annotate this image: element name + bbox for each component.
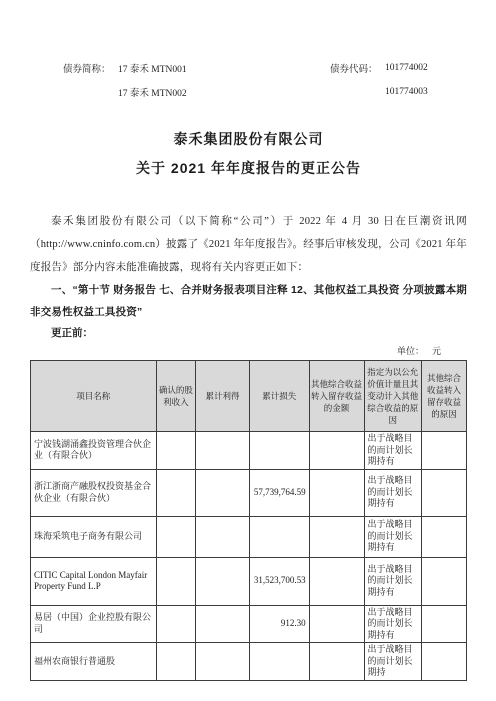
bond-code-1: 101774002: [385, 63, 467, 73]
designation-reason-cell: 出于战略目的而计划长期持有: [364, 605, 422, 643]
gain-cell: [196, 557, 250, 605]
document-page: 债券简称： 17 泰禾 MTN001 债券代码： 101774002 17 泰禾…: [0, 0, 496, 701]
loss-cell: [249, 643, 309, 681]
dividend-cell: [156, 469, 196, 516]
bond-abbr-1: 17 泰禾 MTN001: [118, 61, 330, 75]
table-row: CITIC Capital London Mayfair Property Fu…: [31, 557, 467, 605]
investments-table: 项目名称 确认的股利收入 累计利得 累计损失 其他综合收益转入留存收益的金额 指…: [30, 360, 467, 681]
transfer-amount-cell: [309, 516, 364, 557]
transfer-reason-cell: [422, 432, 467, 470]
header-designation-reason: 指定为以公允价值计量且其变动计入其他综合收益的原因: [364, 361, 422, 432]
unit-line: 单位：元: [30, 345, 467, 357]
dividend-cell: [156, 432, 196, 470]
table-row: 福州农商银行普通股 出于战略目的而计划长期持: [31, 643, 467, 681]
transfer-amount-cell: [309, 432, 364, 470]
dividend-cell: [156, 557, 196, 605]
loss-cell: [249, 432, 309, 470]
bond-header: 债券简称： 17 泰禾 MTN001 债券代码： 101774002 17 泰禾…: [30, 0, 467, 104]
item-name-cell: 易居（中国）企业控股有限公司: [31, 605, 157, 643]
table-row: 浙江浙商产融股权投资基金合伙企业（有限合伙） 57,739,764.59 出于战…: [31, 469, 467, 516]
table-header-row: 项目名称 确认的股利收入 累计利得 累计损失 其他综合收益转入留存收益的金额 指…: [31, 361, 467, 432]
item-name-cell: 浙江浙商产融股权投资基金合伙企业（有限合伙）: [31, 469, 157, 516]
header-dividend-income: 确认的股利收入: [156, 361, 196, 432]
item-name-cell: 珠海采筑电子商务有限公司: [31, 516, 157, 557]
designation-reason-cell: 出于战略目的而计划长期持有: [364, 516, 422, 557]
dividend-cell: [156, 605, 196, 643]
loss-cell: [249, 516, 309, 557]
designation-reason-cell: 出于战略目的而计划长期持有: [364, 432, 422, 470]
item-name-cell: 福州农商银行普通股: [31, 643, 157, 681]
company-title: 泰禾集团股份有限公司: [30, 130, 467, 148]
transfer-amount-cell: [309, 605, 364, 643]
header-cumulative-loss: 累计损失: [249, 361, 309, 432]
transfer-reason-cell: [422, 516, 467, 557]
gain-cell: [196, 516, 250, 557]
transfer-reason-cell: [422, 557, 467, 605]
table-row: 宁波钱湖涌鑫投资管理合伙企业（有限合伙） 出于战略目的而计划长期持有: [31, 432, 467, 470]
dividend-cell: [156, 643, 196, 681]
bond-abbr-2: 17 泰禾 MTN002: [118, 85, 330, 99]
loss-cell: 57,739,764.59: [249, 469, 309, 516]
dividend-cell: [156, 516, 196, 557]
transfer-reason-cell: [422, 643, 467, 681]
loss-cell: 912.30: [249, 605, 309, 643]
bond-row-1: 债券简称： 17 泰禾 MTN001 债券代码： 101774002: [30, 56, 467, 80]
transfer-amount-cell: [309, 643, 364, 681]
unit-value: 元: [432, 346, 441, 356]
designation-reason-cell: 出于战略目的而计划长期持有: [364, 469, 422, 516]
bond-abbr-label: 债券简称：: [63, 61, 118, 75]
gain-cell: [196, 605, 250, 643]
loss-cell: 31,523,700.53: [249, 557, 309, 605]
header-oci-transfer-amount: 其他综合收益转入留存收益的金额: [309, 361, 364, 432]
intro-paragraph: 泰禾集团股份有限公司（以下简称“公司”）于 2022 年 4 月 30 日在巨潮…: [30, 210, 467, 279]
item-name-cell: 宁波钱湖涌鑫投资管理合伙企业（有限合伙）: [31, 432, 157, 470]
item-name-cell: CITIC Capital London Mayfair Property Fu…: [31, 557, 157, 605]
transfer-amount-cell: [309, 557, 364, 605]
header-transfer-reason: 其他综合收益转入留存收益的原因: [422, 361, 467, 432]
gain-cell: [196, 469, 250, 516]
transfer-amount-cell: [309, 469, 364, 516]
bond-code-2: 101774003: [385, 87, 467, 97]
designation-reason-cell: 出于战略目的而计划长期持: [364, 643, 422, 681]
header-cumulative-gain: 累计利得: [196, 361, 250, 432]
transfer-reason-cell: [422, 605, 467, 643]
announcement-title: 关于 2021 年年度报告的更正公告: [30, 159, 467, 177]
table-row: 易居（中国）企业控股有限公司 912.30 出于战略目的而计划长期持有: [31, 605, 467, 643]
bond-code-label: 债券代码：: [330, 61, 385, 75]
unit-label: 单位：: [397, 346, 424, 356]
bond-row-2: 17 泰禾 MTN002 101774003: [30, 80, 467, 104]
gain-cell: [196, 432, 250, 470]
table-row: 珠海采筑电子商务有限公司 出于战略目的而计划长期持有: [31, 516, 467, 557]
transfer-reason-cell: [422, 469, 467, 516]
section-heading: 一、“第十节 财务报告 七、合并财务报表项目注释 12、其他权益工具投资 分项披…: [30, 280, 467, 323]
header-item-name: 项目名称: [31, 361, 157, 432]
gain-cell: [196, 643, 250, 681]
designation-reason-cell: 出于战略目的而计划长期持有: [364, 557, 422, 605]
before-correction-label: 更正前：: [30, 323, 467, 344]
